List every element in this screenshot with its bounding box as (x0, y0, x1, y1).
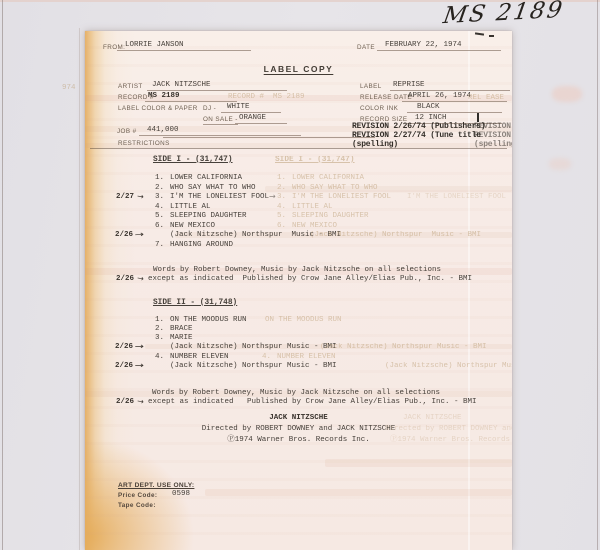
track-number: 5. (155, 212, 164, 221)
ink-speck (489, 35, 494, 37)
job-number-label: JOB # (117, 128, 137, 136)
tape-code-label: Tape Code: (118, 502, 156, 510)
ghost-offset-text: (Jack Nitzsche) Northspur Music - BMI (385, 362, 512, 371)
color-ink-label: COLOR INK (360, 105, 398, 113)
track-title: I'M THE LONELIEST FOOL (170, 193, 269, 202)
ghost-offset-text: LOWER CALIFORNIA (292, 174, 364, 183)
track-number: 3. (155, 334, 164, 343)
ghost-offset-text: I'M THE LONELIEST FOOL (292, 193, 391, 202)
revision-margin-date: 2/26 (115, 343, 133, 352)
date-label: DATE (357, 44, 375, 52)
side2-credit-line1: Words by Robert Downey, Music by Jack Ni… (152, 389, 440, 398)
track-number: 4. (155, 203, 164, 212)
art-dept-heading: ART DEPT. USE ONLY: (118, 482, 194, 490)
on-sale-label: ON SALE - (203, 116, 238, 125)
publisher-credit: (Jack Nitzsche) Northspur Music - BMI (170, 343, 337, 352)
ghost-offset-text: 4. (277, 203, 286, 212)
ghost-offset-text: 1. (277, 174, 286, 183)
artist-value: JACK NITZSCHE (147, 81, 287, 91)
ghost-offset-text: 3. (277, 193, 286, 202)
scan-streak (205, 489, 512, 496)
ghost-offset-text: RECORD # MS 2189 (228, 93, 305, 102)
ghost-offset-text: 5. (277, 212, 286, 221)
margin-arrow-icon: → (134, 231, 145, 240)
background-smudge (552, 86, 582, 102)
ghost-offset-text: SLEEPING DAUGHTER (292, 212, 369, 221)
margin-arrow-icon: → (135, 343, 144, 351)
ghost-arrow-icon: → (269, 193, 276, 201)
background-smudge (549, 158, 571, 170)
ghost-offset-text: 4. (262, 353, 271, 362)
artist-label: ARTIST (118, 83, 143, 91)
restrictions-label: RESTRICTIONS (118, 140, 170, 148)
handwritten-catalog-number: MS 2189 (441, 0, 565, 29)
track-number: 7. (155, 241, 164, 250)
paper-edge-shadow (79, 28, 80, 550)
side1-credit-line2: except as indicated Published by Crow Ja… (148, 275, 472, 284)
record-number-value: MS 2189 (145, 92, 237, 102)
revision-note-1: REVISION 2/26/74 (Publishers) (352, 122, 485, 131)
ghost-offset-text: REVISION 2/26/74 (Publishers) (474, 122, 512, 131)
date-value: FEBRUARY 22, 1974 (377, 41, 501, 51)
ink-speck (475, 32, 484, 35)
track-title: NEW MEXICO (170, 222, 215, 231)
scan-streak (325, 459, 512, 467)
side2-credit-line2: except as indicated Published by Crow Ja… (148, 398, 477, 407)
ghost-offset-text: JACK NITZSCHE (403, 414, 462, 423)
ghost-offset-text: I'M THE LONELIEST FOOL (407, 193, 506, 202)
ghost-offset-text: Directed by ROBERT DOWNEY and JACK NITZS… (385, 425, 512, 434)
color-ink-value: BLACK (407, 103, 502, 113)
track-number: 4. (155, 353, 164, 362)
track-title: MARIE (170, 334, 193, 343)
dj-color-value: WHITE (221, 103, 281, 113)
track-title: LOWER CALIFORNIA (170, 174, 242, 183)
track-title: BRACE (170, 325, 193, 334)
label-copy-sheet: FROM: LORRIE JANSON DATE FEBRUARY 22, 19… (85, 31, 512, 550)
margin-arrow-icon: → (136, 397, 144, 406)
track-number: 3. (155, 193, 164, 202)
track-number: 1. (155, 174, 164, 183)
revision-margin-date: 2/26 (116, 398, 134, 407)
form-title: LABEL COPY (85, 64, 512, 74)
revision-margin-date: 2/26 (116, 275, 134, 284)
side1-credit-line1: Words by Robert Downey, Music by Jack Ni… (153, 266, 441, 275)
ghost-offset-text: ON THE MOODUS RUN (265, 316, 342, 325)
revision-margin-date: 2/26 (115, 231, 133, 240)
side1-heading: SIDE I - (31,747) (153, 156, 233, 165)
ghost-offset-text: SIDE I - (31,747) (275, 156, 355, 165)
track-number: 6. (155, 222, 164, 231)
ghost-offset-text: LITTLE AL (292, 203, 333, 212)
margin-arrow-icon: → (136, 193, 144, 202)
track-title: ON THE MOODUS RUN (170, 316, 247, 325)
ghost-offset-text: Ⓟ1974 Warner Bros. Records Inc. (390, 436, 512, 445)
margin-arrow-icon: → (136, 274, 144, 283)
photo-left-edge (2, 0, 3, 550)
ghost-offset-text: NEW MEXICO (292, 222, 337, 231)
track-title: NUMBER ELEVEN (170, 353, 229, 362)
track-number: 2. (155, 184, 164, 193)
track-number: 2. (155, 325, 164, 334)
scanned-photo-background: MS 2189 974 FROM: LORRIE JANSON DATE FEB… (0, 0, 600, 550)
margin-arrow-icon: → (135, 362, 144, 370)
ghost-offset-text: 974 (62, 84, 76, 93)
price-code-value: 0598 (172, 490, 190, 499)
track-title: LITTLE AL (170, 203, 211, 212)
track-title: HANGING AROUND (170, 241, 233, 250)
track-title: SLEEPING DAUGHTER (170, 212, 247, 221)
ghost-offset-text: 6. (277, 222, 286, 231)
revision-note-2: REVISION 2/27/74 (Tune title (352, 131, 481, 140)
track-title: WHO SAY WHAT TO WHO (170, 184, 256, 193)
ghost-offset-text: REL EASE (468, 94, 504, 103)
ghost-offset-text: WHO SAY WHAT TO WHO (292, 184, 378, 193)
on-sale-color-value: ORANGE (235, 114, 287, 124)
job-number-value: 441,000 (139, 126, 301, 136)
photo-right-edge (597, 0, 598, 550)
track-number: 1. (155, 316, 164, 325)
record-label-value: REPRISE (390, 81, 510, 91)
revision-margin-date: 2/27 (116, 193, 134, 202)
label-color-paper-label: LABEL COLOR & PAPER (118, 105, 198, 113)
from-value: LORRIE JANSON (117, 41, 251, 51)
revision-margin-date: 2/26 (115, 362, 133, 371)
ghost-offset-text: (Jack Nitzsche) Northspur Music - BMI (320, 343, 487, 352)
record-label-label: LABEL (360, 83, 382, 91)
ghost-offset-text: (Jack Nitzsche) Northspur Music - BMI (310, 231, 481, 240)
ghost-offset-text: 2. (277, 184, 286, 193)
pen-tick-mark (477, 113, 479, 122)
restrictions-blank-line (163, 137, 375, 138)
ghost-offset-text: REVISION 2/27/74 (Tune title (474, 131, 512, 140)
price-code-label: Price Code: (118, 492, 157, 500)
dj-label: DJ - (203, 105, 216, 113)
ghost-offset-text: NUMBER ELEVEN (277, 353, 336, 362)
publisher-credit: (Jack Nitzsche) Northspur Music - BMI (170, 362, 337, 371)
side2-heading: SIDE II - (31,748) (153, 299, 237, 308)
section-divider-rule (90, 148, 507, 149)
